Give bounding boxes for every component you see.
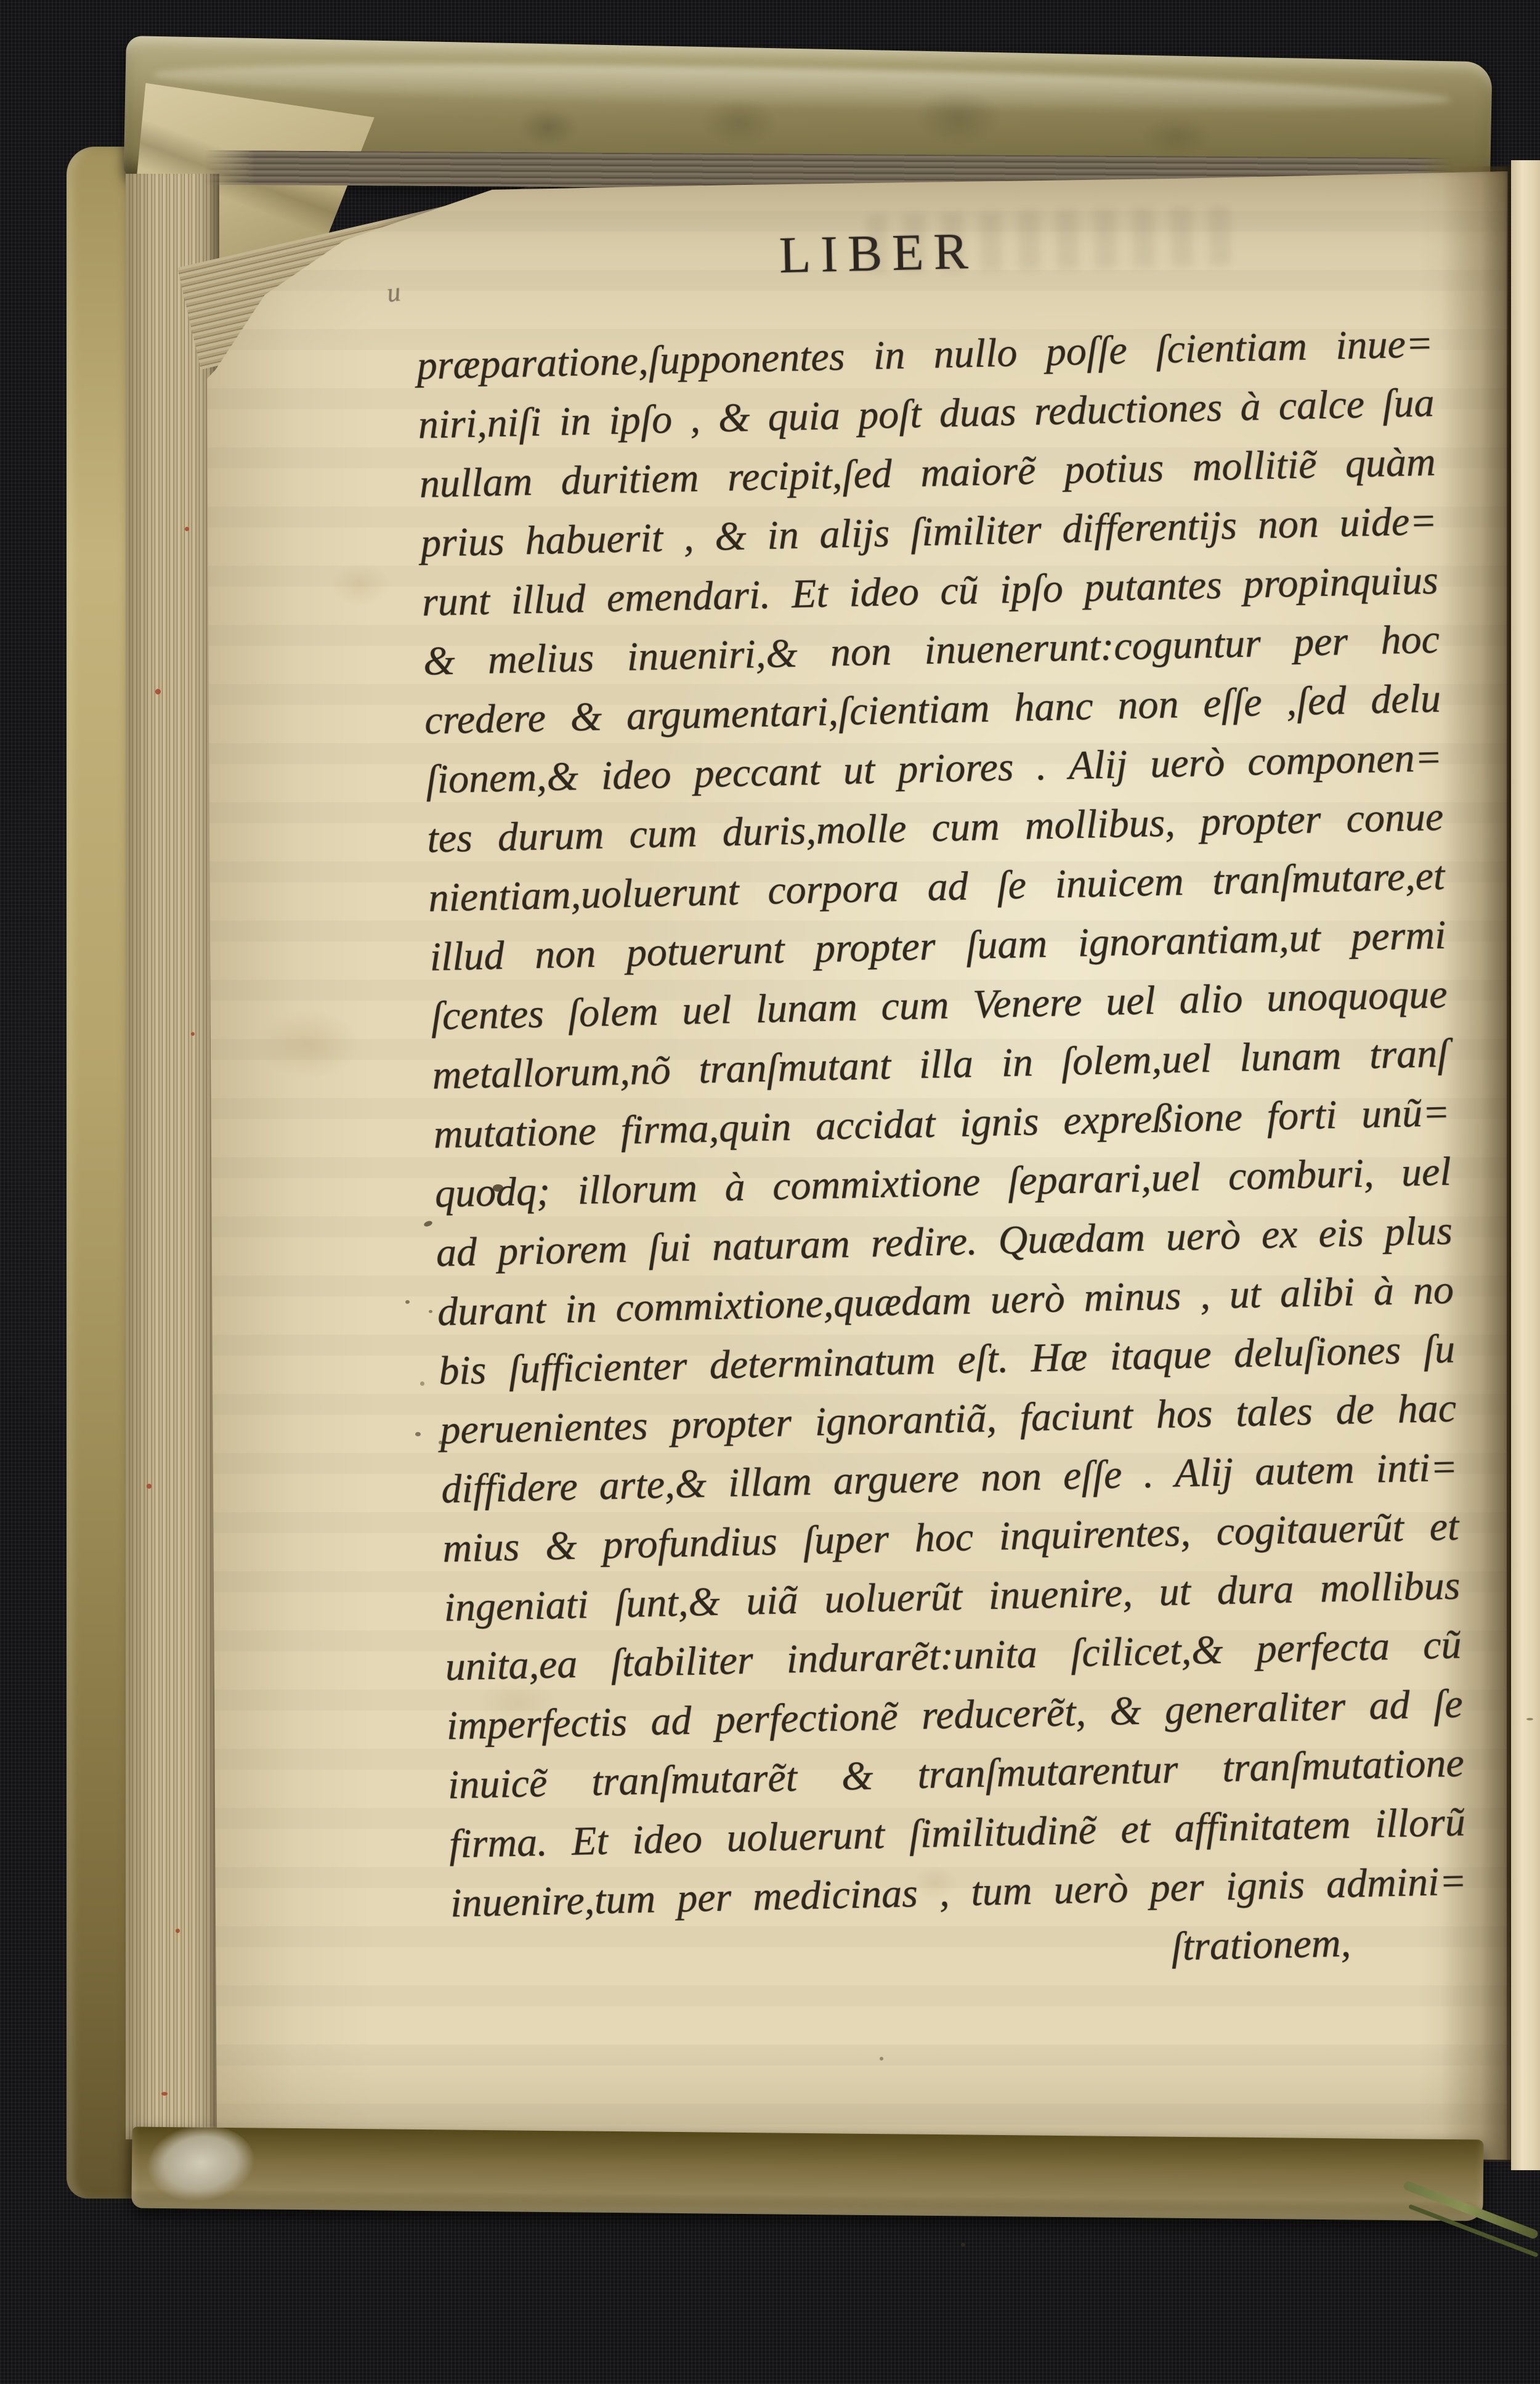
red-edge-speckle — [191, 1032, 195, 1036]
gutter-crease — [1507, 169, 1511, 2160]
red-edge-speckle — [147, 1484, 152, 1489]
ink-speck — [1526, 1718, 1533, 1720]
ink-speck — [439, 1441, 442, 1444]
red-edge-speckle — [185, 527, 189, 531]
red-edge-speckle — [155, 689, 161, 694]
ink-speck — [429, 1310, 432, 1313]
book-photograph: u LIBER præparatione,ſupponentes in null… — [0, 0, 1540, 2384]
text-block: u LIBER præparatione,ſupponentes in null… — [414, 212, 1469, 1992]
ink-speck — [420, 1381, 424, 1386]
ink-speck — [493, 1184, 503, 1192]
facing-page-edge — [1511, 160, 1540, 2170]
ink-speck — [415, 1432, 421, 1436]
page-block-fore-edge — [126, 174, 219, 2139]
ink-speck — [880, 2057, 883, 2061]
show-through-ghost — [866, 206, 1231, 274]
red-edge-speckle — [176, 1929, 180, 1933]
ink-speck — [405, 1300, 410, 1304]
vellum-cover-bottom-edge — [131, 2126, 1483, 2221]
ink-speck — [961, 2243, 965, 2247]
red-edge-speckle — [161, 2092, 168, 2096]
